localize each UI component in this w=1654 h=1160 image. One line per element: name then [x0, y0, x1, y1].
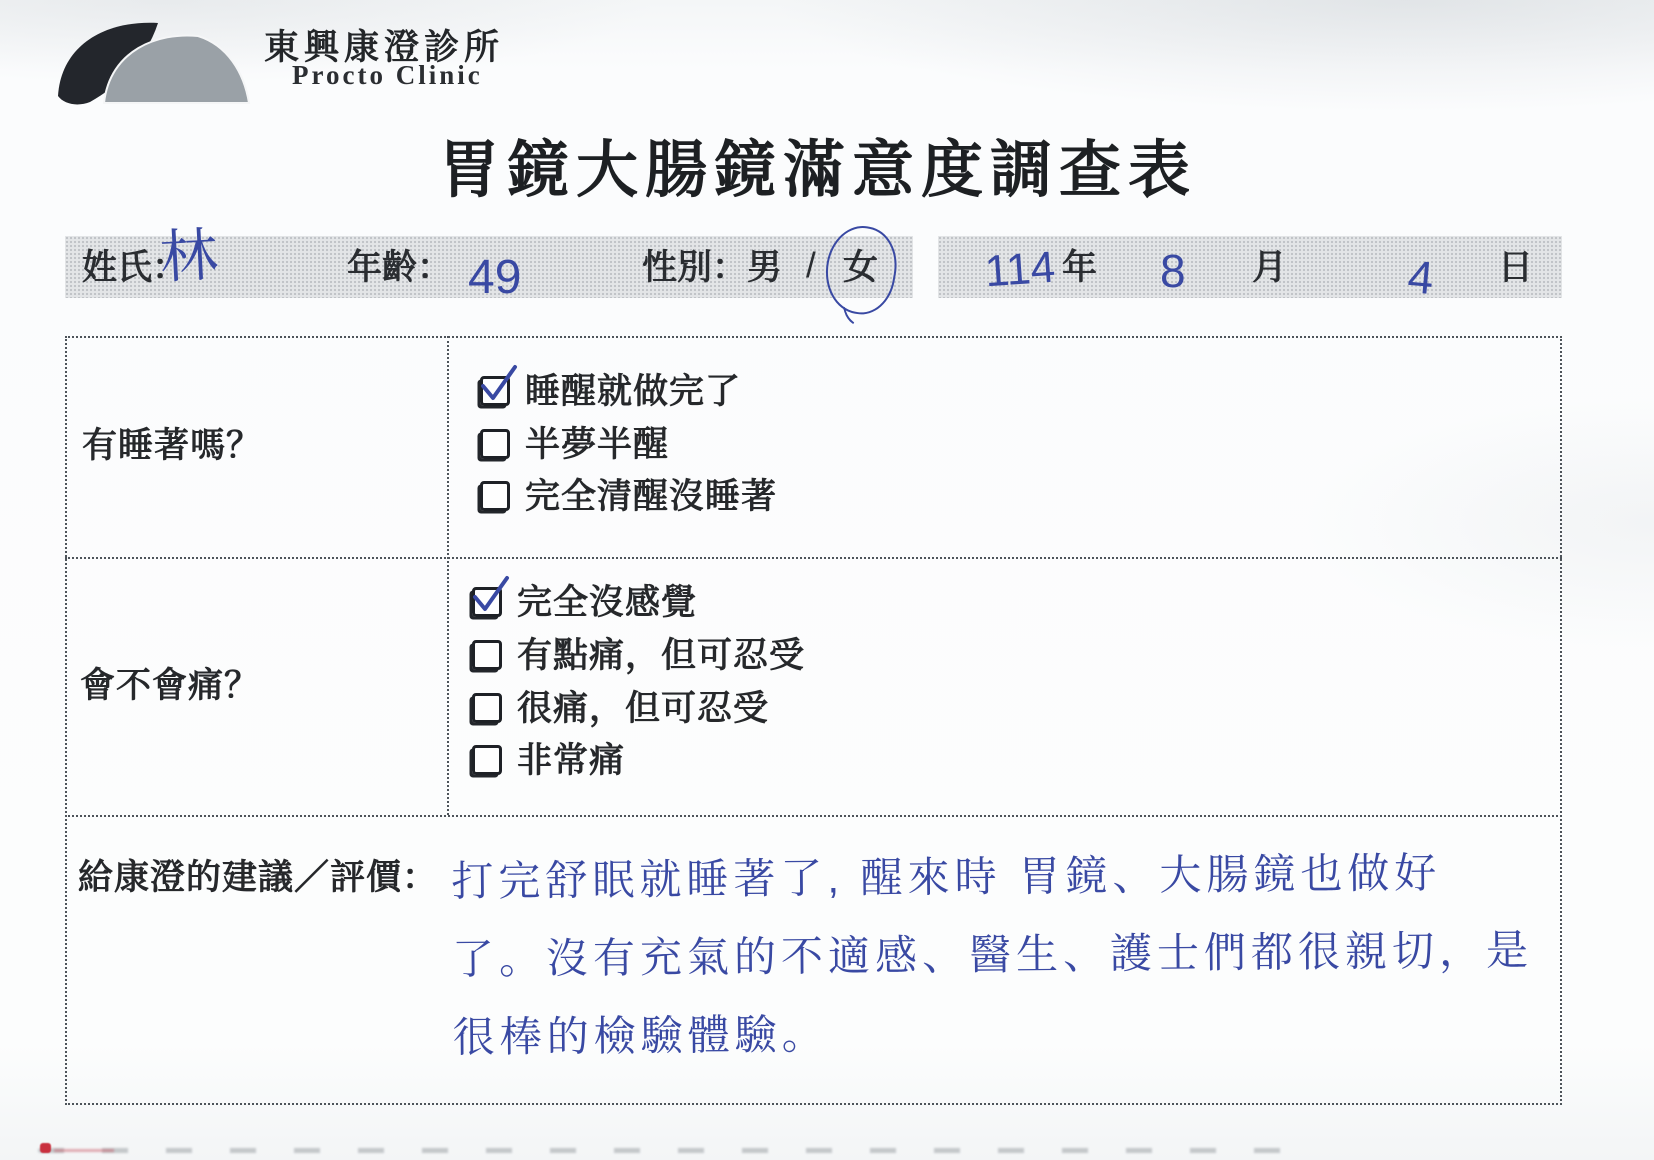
option-label: 完全清醒沒睡著 [525, 479, 777, 516]
survey-option: 有點痛，但可忍受 [472, 638, 805, 675]
row-divider [65, 815, 1562, 817]
date-year-handwritten: 114 [984, 246, 1057, 295]
date-month-handwritten: 8 [1160, 248, 1186, 294]
clinic-logo-icon [46, 12, 261, 107]
option-label: 完全沒感覺 [517, 585, 697, 622]
survey-option: 睡醒就做完了 [480, 374, 741, 411]
gender-label: 性別：男 [642, 250, 782, 285]
checkbox-icon [472, 745, 502, 775]
date-day-unit: 日 [1498, 250, 1533, 285]
option-label: 非常痛 [517, 743, 625, 780]
checkbox-icon [480, 429, 510, 459]
feedback-line: 了。沒有充氣的不適感、醫生、護士們都很親切，是 [452, 911, 1553, 999]
checkmark-icon [466, 573, 513, 615]
option-label: 很痛，但可忍受 [517, 691, 769, 728]
checkbox-icon [480, 376, 510, 406]
scanned-survey-form: 東興康澄診所 Procto Clinic 胃鏡大腸鏡滿意度調查表 姓氏： 林 年… [0, 0, 1654, 1160]
checkbox-icon [472, 640, 502, 670]
option-label: 睡醒就做完了 [525, 374, 741, 411]
option-label: 半夢半醒 [525, 427, 669, 464]
option-label: 有點痛，但可忍受 [517, 638, 805, 675]
feedback-label: 給康澄的建議／評價： [78, 860, 438, 895]
date-month-unit: 月 [1252, 250, 1287, 285]
column-divider [447, 336, 449, 815]
red-ink-mark [40, 1143, 51, 1153]
form-title: 胃鏡大腸鏡滿意度調查表 [438, 120, 1197, 209]
name-value-handwritten: 林 [159, 227, 220, 288]
red-ink-smear [54, 1149, 114, 1152]
checkbox-icon [472, 587, 502, 617]
row-divider [65, 557, 1562, 559]
checkbox-icon [472, 693, 502, 723]
survey-option: 完全清醒沒睡著 [480, 479, 777, 516]
survey-option: 半夢半醒 [480, 427, 669, 464]
question-label-sleep: 有睡著嗎？ [82, 428, 262, 463]
question-label-pain: 會不會痛？ [80, 668, 260, 703]
date-day-handwritten: 4 [1406, 253, 1436, 301]
feedback-line: 很棒的檢驗體驗。 [452, 989, 1553, 1077]
survey-option: 非常痛 [472, 743, 625, 780]
checkbox-icon [480, 481, 510, 511]
survey-option: 很痛，但可忍受 [472, 691, 769, 728]
feedback-handwritten-text: 打完舒眠就睡著了, 醒來時 胃鏡、大腸鏡也做好 了。沒有充氣的不適感、醫生、護士… [451, 833, 1553, 1077]
age-label: 年齡： [347, 250, 452, 285]
survey-option: 完全沒感覺 [472, 585, 697, 622]
date-year-unit: 年 [1062, 250, 1097, 285]
checkmark-icon [474, 362, 521, 404]
feedback-line: 打完舒眠就睡著了, 醒來時 胃鏡、大腸鏡也做好 [451, 833, 1552, 921]
age-value-handwritten: 49 [468, 254, 521, 302]
scan-smudge [38, 1148, 1308, 1153]
gender-slash: / [806, 248, 816, 283]
clinic-name-en: Procto Clinic [292, 60, 483, 91]
